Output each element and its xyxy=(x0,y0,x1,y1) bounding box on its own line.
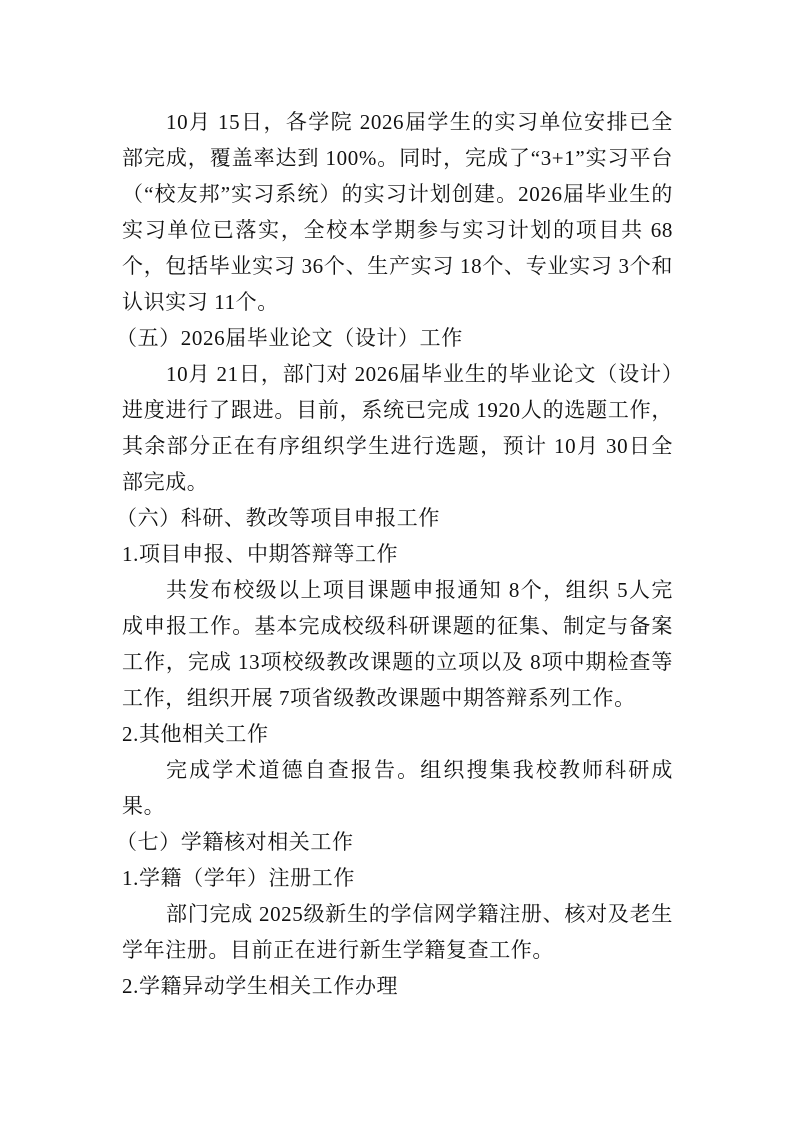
internship-paragraph: 10月 15日，各学院 2026届学生的实习单位安排已全部完成，覆盖率达到 10… xyxy=(122,104,673,320)
thesis-paragraph: 10月 21日，部门对 2026届毕业生的毕业论文（设计）进度进行了跟进。目前，… xyxy=(122,356,673,500)
section-7-heading: （七）学籍核对相关工作 xyxy=(122,824,673,860)
section-6-heading: （六）科研、教改等项目申报工作 xyxy=(122,500,673,536)
subsection-7-2-heading: 2.学籍异动学生相关工作办理 xyxy=(122,968,673,1004)
project-application-paragraph: 共发布校级以上项目课题申报通知 8个，组织 5人完成申报工作。基本完成校级科研课… xyxy=(122,572,673,716)
section-5-heading: （五）2026届毕业论文（设计）工作 xyxy=(122,320,673,356)
document-page: 10月 15日，各学院 2026届学生的实习单位安排已全部完成，覆盖率达到 10… xyxy=(122,104,673,1004)
subsection-6-2-heading: 2.其他相关工作 xyxy=(122,716,673,752)
other-work-paragraph: 完成学术道德自查报告。组织搜集我校教师科研成果。 xyxy=(122,752,673,824)
registration-paragraph: 部门完成 2025级新生的学信网学籍注册、核对及老生学年注册。目前正在进行新生学… xyxy=(122,896,673,968)
subsection-7-1-heading: 1.学籍（学年）注册工作 xyxy=(122,860,673,896)
subsection-6-1-heading: 1.项目申报、中期答辩等工作 xyxy=(122,536,673,572)
